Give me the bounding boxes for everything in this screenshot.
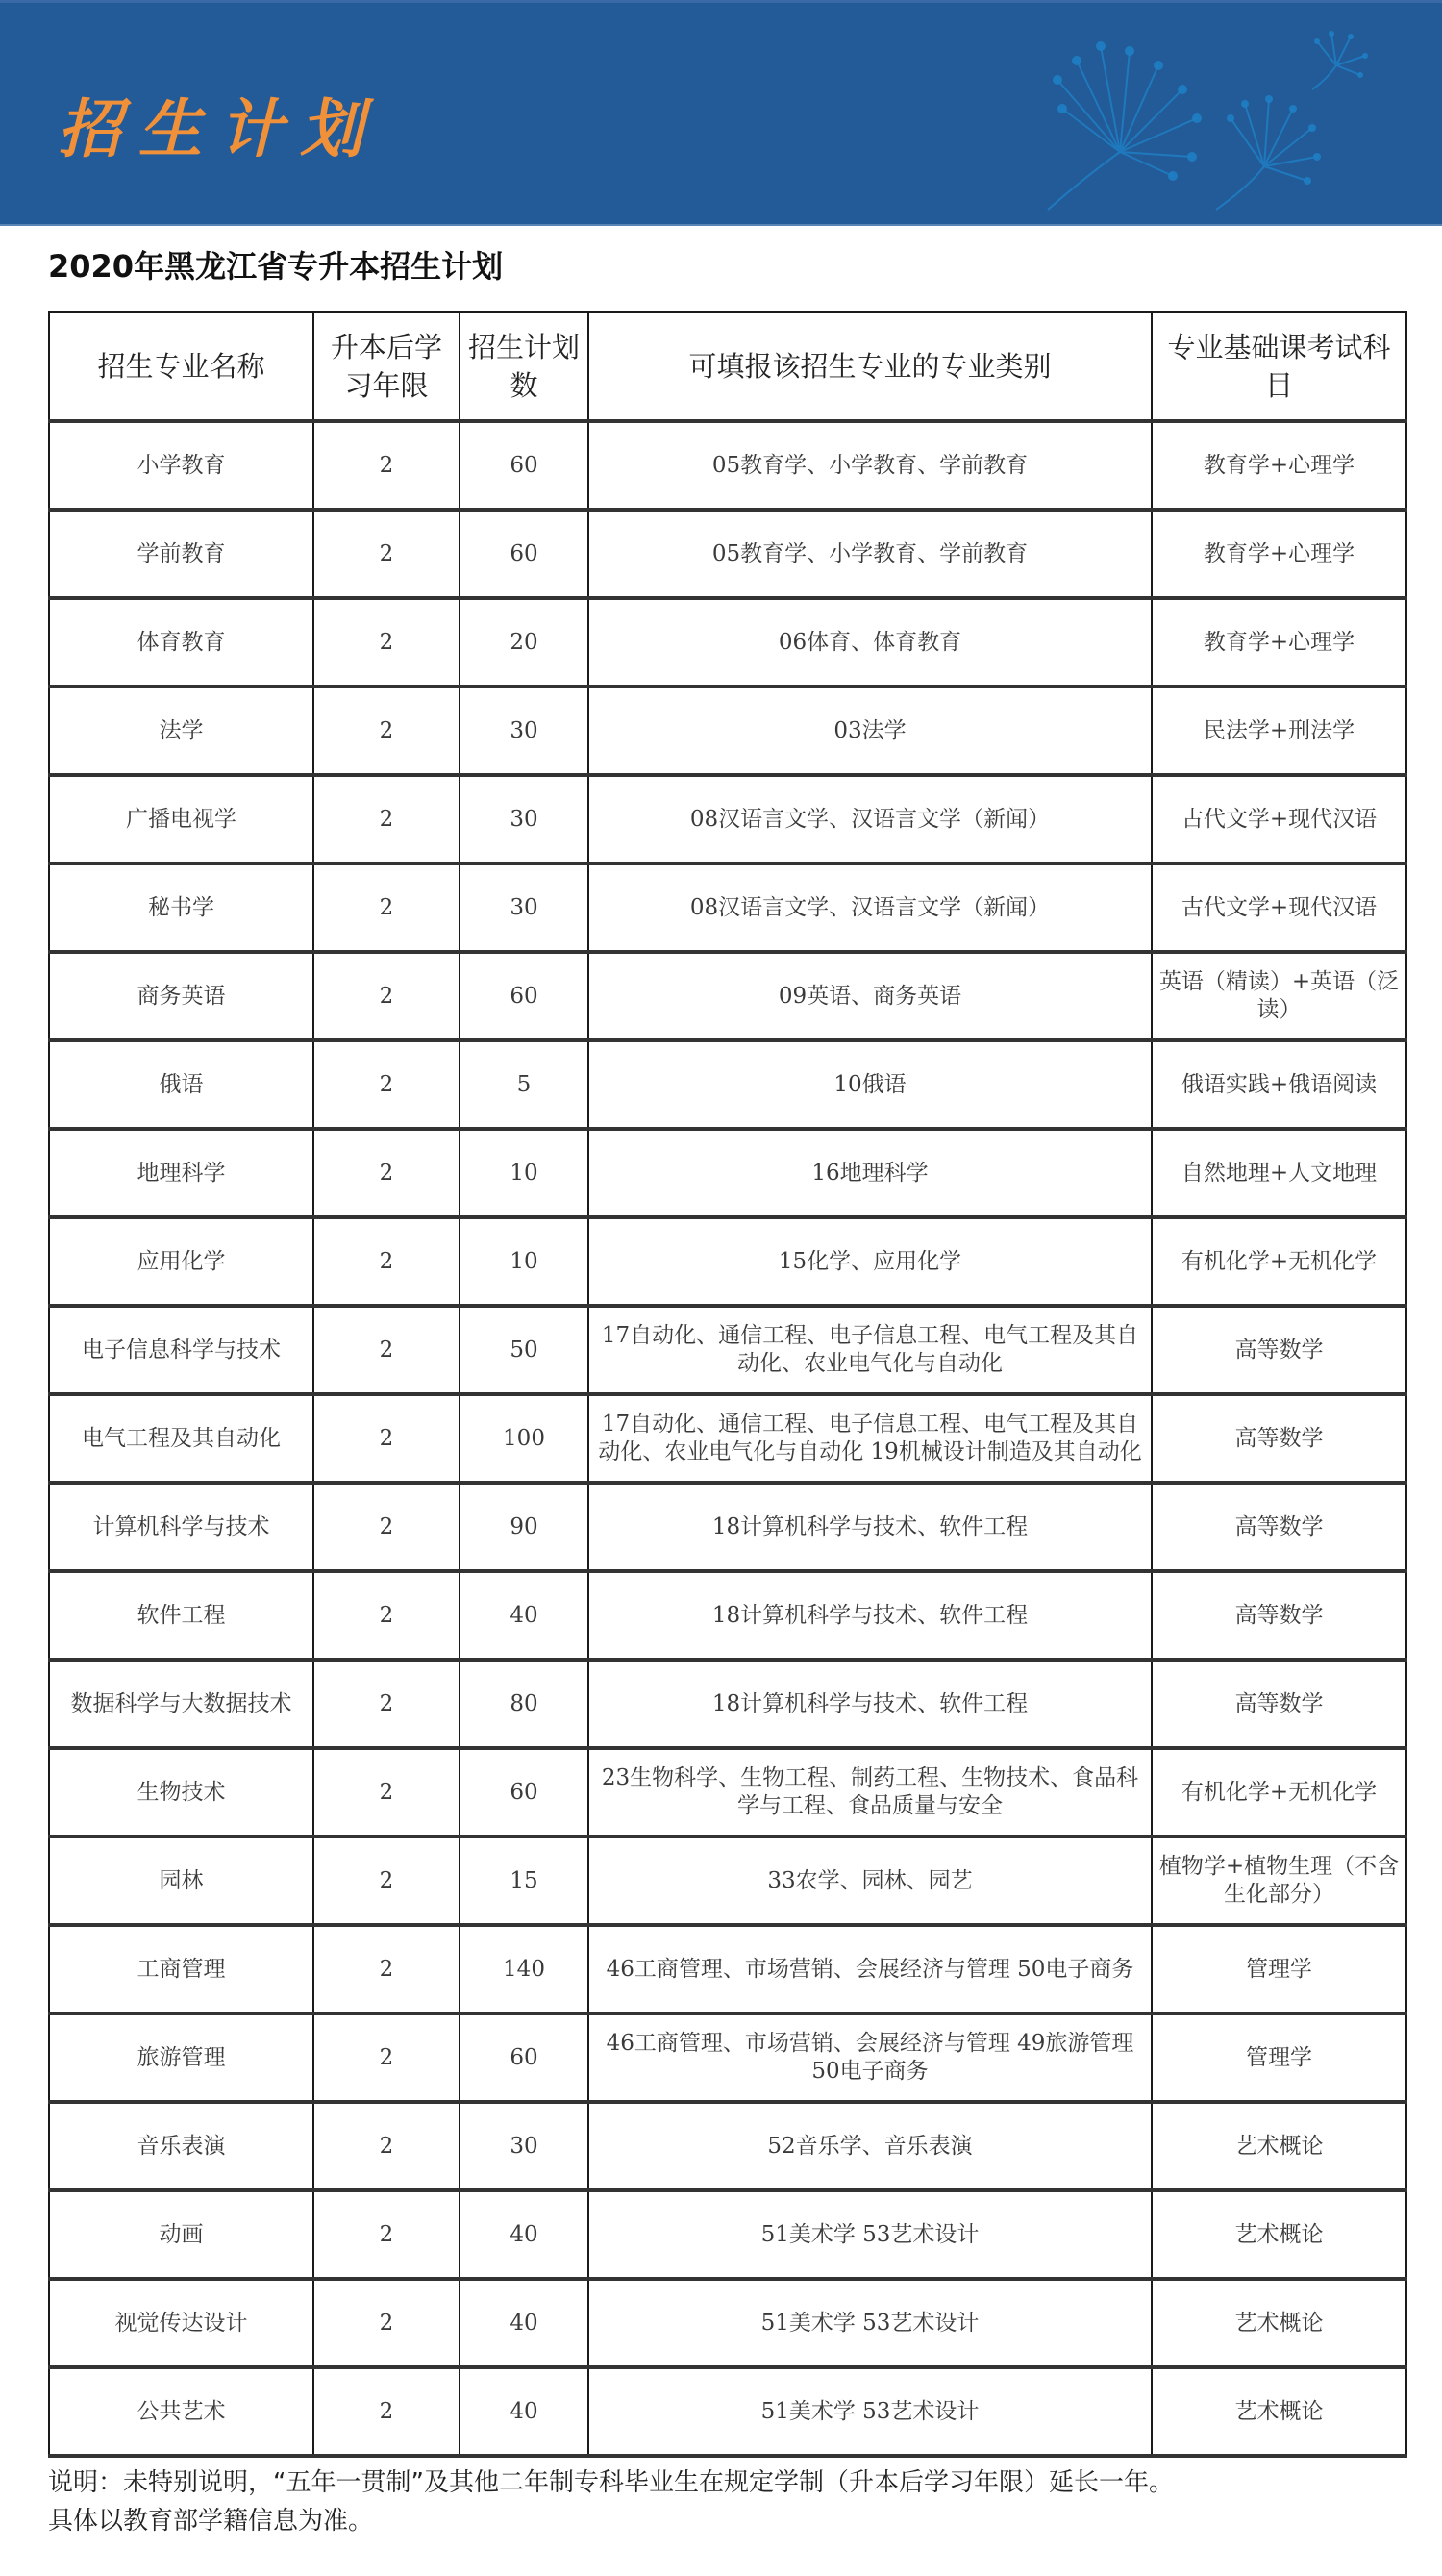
table-row: 体育教育22006体育、体育教育教育学+心理学: [49, 598, 1406, 687]
cell-years: 2: [313, 1306, 460, 1394]
cell-years: 2: [313, 952, 460, 1040]
cell-exam: 自然地理+人文地理: [1152, 1129, 1406, 1217]
cell-quota: 60: [460, 421, 588, 510]
cell-years: 2: [313, 2102, 460, 2190]
cell-eligible: 06体育、体育教育: [588, 598, 1152, 687]
cell-eligible: 18计算机科学与技术、软件工程: [588, 1660, 1152, 1748]
table-row: 视觉传达设计24051美术学 53艺术设计艺术概论: [49, 2279, 1406, 2367]
cell-eligible: 08汉语言文学、汉语言文学（新闻）: [588, 775, 1152, 863]
cell-quota: 5: [460, 1040, 588, 1129]
cell-exam: 管理学: [1152, 1925, 1406, 2013]
cell-eligible: 51美术学 53艺术设计: [588, 2279, 1152, 2367]
cell-exam: 高等数学: [1152, 1483, 1406, 1571]
cell-eligible: 08汉语言文学、汉语言文学（新闻）: [588, 863, 1152, 952]
cell-eligible: 52音乐学、音乐表演: [588, 2102, 1152, 2190]
cell-exam: 英语（精读）+英语（泛读）: [1152, 952, 1406, 1040]
cell-years: 2: [313, 1040, 460, 1129]
table-row: 动画24051美术学 53艺术设计艺术概论: [49, 2190, 1406, 2279]
table-row: 商务英语26009英语、商务英语英语（精读）+英语（泛读）: [49, 952, 1406, 1040]
cell-exam: 艺术概论: [1152, 2190, 1406, 2279]
cell-eligible: 46工商管理、市场营销、会展经济与管理 50电子商务: [588, 1925, 1152, 2013]
cell-quota: 40: [460, 2367, 588, 2456]
cell-quota: 60: [460, 952, 588, 1040]
cell-eligible: 23生物科学、生物工程、制药工程、生物技术、食品科学与工程、食品质量与安全: [588, 1748, 1152, 1837]
table-row: 俄语2510俄语俄语实践+俄语阅读: [49, 1040, 1406, 1129]
document-title: 2020年黑龙江省专升本招生计划: [48, 242, 503, 287]
table-row: 广播电视学23008汉语言文学、汉语言文学（新闻）古代文学+现代汉语: [49, 775, 1406, 863]
cell-eligible: 05教育学、小学教育、学前教育: [588, 421, 1152, 510]
cell-major: 软件工程: [49, 1571, 313, 1660]
cell-eligible: 18计算机科学与技术、软件工程: [588, 1571, 1152, 1660]
cell-exam: 管理学: [1152, 2013, 1406, 2102]
cell-major: 电子信息科学与技术: [49, 1306, 313, 1394]
table-row: 工商管理214046工商管理、市场营销、会展经济与管理 50电子商务管理学: [49, 1925, 1406, 2013]
cell-quota: 40: [460, 2190, 588, 2279]
cell-major: 俄语: [49, 1040, 313, 1129]
cell-quota: 40: [460, 2279, 588, 2367]
cell-quota: 30: [460, 2102, 588, 2190]
cell-exam: 古代文学+现代汉语: [1152, 775, 1406, 863]
table-body: 小学教育26005教育学、小学教育、学前教育教育学+心理学学前教育26005教育…: [49, 421, 1406, 2456]
cell-exam: 教育学+心理学: [1152, 510, 1406, 598]
table-row: 软件工程24018计算机科学与技术、软件工程高等数学: [49, 1571, 1406, 1660]
table-row: 计算机科学与技术29018计算机科学与技术、软件工程高等数学: [49, 1483, 1406, 1571]
cell-eligible: 03法学: [588, 687, 1152, 775]
header-eligible: 可填报该招生专业的专业类别: [588, 312, 1152, 421]
cell-eligible: 05教育学、小学教育、学前教育: [588, 510, 1152, 598]
cell-major: 应用化学: [49, 1217, 313, 1306]
cell-major: 动画: [49, 2190, 313, 2279]
cell-major: 法学: [49, 687, 313, 775]
cell-quota: 60: [460, 1748, 588, 1837]
cell-years: 2: [313, 2190, 460, 2279]
header-exam: 专业基础课考试科目: [1152, 312, 1406, 421]
cell-quota: 30: [460, 687, 588, 775]
cell-quota: 80: [460, 1660, 588, 1748]
cell-exam: 高等数学: [1152, 1306, 1406, 1394]
cell-quota: 60: [460, 510, 588, 598]
cell-eligible: 33农学、园林、园艺: [588, 1837, 1152, 1925]
cell-quota: 40: [460, 1571, 588, 1660]
cell-years: 2: [313, 1571, 460, 1660]
cell-eligible: 18计算机科学与技术、软件工程: [588, 1483, 1152, 1571]
cell-exam: 艺术概论: [1152, 2367, 1406, 2456]
footnote-line-1: 说明：未特别说明，“五年一贯制”及其他二年制专科毕业生在规定学制（升本后学习年限…: [48, 2463, 1174, 2502]
table-row: 生物技术26023生物科学、生物工程、制药工程、生物技术、食品科学与工程、食品质…: [49, 1748, 1406, 1837]
banner-title: 招生计划: [58, 78, 381, 169]
cell-years: 2: [313, 1217, 460, 1306]
cell-exam: 教育学+心理学: [1152, 421, 1406, 510]
cell-eligible: 17自动化、通信工程、电子信息工程、电气工程及其自动化、农业电气化与自动化: [588, 1306, 1152, 1394]
cell-major: 商务英语: [49, 952, 313, 1040]
cell-eligible: 09英语、商务英语: [588, 952, 1152, 1040]
cell-major: 体育教育: [49, 598, 313, 687]
cell-quota: 10: [460, 1129, 588, 1217]
cell-quota: 30: [460, 775, 588, 863]
cell-exam: 高等数学: [1152, 1660, 1406, 1748]
cell-years: 2: [313, 1837, 460, 1925]
cell-quota: 30: [460, 863, 588, 952]
cell-major: 旅游管理: [49, 2013, 313, 2102]
table-row: 音乐表演23052音乐学、音乐表演艺术概论: [49, 2102, 1406, 2190]
header-quota: 招生计划数: [460, 312, 588, 421]
cell-exam: 有机化学+无机化学: [1152, 1217, 1406, 1306]
cell-quota: 15: [460, 1837, 588, 1925]
cell-quota: 140: [460, 1925, 588, 2013]
cell-eligible: 51美术学 53艺术设计: [588, 2190, 1152, 2279]
table-row: 旅游管理26046工商管理、市场营销、会展经济与管理 49旅游管理 50电子商务…: [49, 2013, 1406, 2102]
cell-quota: 10: [460, 1217, 588, 1306]
cell-eligible: 17自动化、通信工程、电子信息工程、电气工程及其自动化、农业电气化与自动化 19…: [588, 1394, 1152, 1483]
cell-major: 视觉传达设计: [49, 2279, 313, 2367]
cell-major: 地理科学: [49, 1129, 313, 1217]
table-row: 学前教育26005教育学、小学教育、学前教育教育学+心理学: [49, 510, 1406, 598]
cell-major: 生物技术: [49, 1748, 313, 1837]
cell-exam: 高等数学: [1152, 1394, 1406, 1483]
cell-eligible: 10俄语: [588, 1040, 1152, 1129]
enrollment-plan-table: 招生专业名称 升本后学习年限 招生计划数 可填报该招生专业的专业类别 专业基础课…: [48, 311, 1407, 2458]
cell-years: 2: [313, 510, 460, 598]
cell-major: 广播电视学: [49, 775, 313, 863]
cell-quota: 60: [460, 2013, 588, 2102]
cell-years: 2: [313, 1660, 460, 1748]
cell-major: 音乐表演: [49, 2102, 313, 2190]
cell-quota: 20: [460, 598, 588, 687]
table-header-row: 招生专业名称 升本后学习年限 招生计划数 可填报该招生专业的专业类别 专业基础课…: [49, 312, 1406, 421]
cell-quota: 50: [460, 1306, 588, 1394]
cell-years: 2: [313, 775, 460, 863]
cell-years: 2: [313, 2279, 460, 2367]
cell-years: 2: [313, 598, 460, 687]
table-row: 电子信息科学与技术25017自动化、通信工程、电子信息工程、电气工程及其自动化、…: [49, 1306, 1406, 1394]
cell-major: 数据科学与大数据技术: [49, 1660, 313, 1748]
header-banner: 招生计划: [0, 0, 1442, 226]
cell-major: 电气工程及其自动化: [49, 1394, 313, 1483]
cell-major: 工商管理: [49, 1925, 313, 2013]
cell-years: 2: [313, 2013, 460, 2102]
cell-major: 学前教育: [49, 510, 313, 598]
table-row: 应用化学21015化学、应用化学有机化学+无机化学: [49, 1217, 1406, 1306]
footnote: 说明：未特别说明，“五年一贯制”及其他二年制专科毕业生在规定学制（升本后学习年限…: [48, 2463, 1174, 2540]
header-years: 升本后学习年限: [313, 312, 460, 421]
cell-exam: 高等数学: [1152, 1571, 1406, 1660]
cell-exam: 俄语实践+俄语阅读: [1152, 1040, 1406, 1129]
table-row: 小学教育26005教育学、小学教育、学前教育教育学+心理学: [49, 421, 1406, 510]
cell-years: 2: [313, 863, 460, 952]
cell-major: 计算机科学与技术: [49, 1483, 313, 1571]
table-row: 园林21533农学、园林、园艺植物学+植物生理（不含生化部分）: [49, 1837, 1406, 1925]
table-row: 法学23003法学民法学+刑法学: [49, 687, 1406, 775]
footnote-line-2: 具体以教育部学籍信息为准。: [48, 2502, 1174, 2540]
cell-years: 2: [313, 1394, 460, 1483]
cell-exam: 古代文学+现代汉语: [1152, 863, 1406, 952]
cell-years: 2: [313, 1748, 460, 1837]
table-row: 电气工程及其自动化210017自动化、通信工程、电子信息工程、电气工程及其自动化…: [49, 1394, 1406, 1483]
table-row: 公共艺术24051美术学 53艺术设计艺术概论: [49, 2367, 1406, 2456]
cell-major: 园林: [49, 1837, 313, 1925]
cell-eligible: 16地理科学: [588, 1129, 1152, 1217]
cell-eligible: 51美术学 53艺术设计: [588, 2367, 1152, 2456]
table-row: 地理科学21016地理科学自然地理+人文地理: [49, 1129, 1406, 1217]
table-row: 秘书学23008汉语言文学、汉语言文学（新闻）古代文学+现代汉语: [49, 863, 1406, 952]
cell-years: 2: [313, 2367, 460, 2456]
cell-exam: 民法学+刑法学: [1152, 687, 1406, 775]
cell-exam: 植物学+植物生理（不含生化部分）: [1152, 1837, 1406, 1925]
cell-exam: 教育学+心理学: [1152, 598, 1406, 687]
cell-major: 公共艺术: [49, 2367, 313, 2456]
cell-major: 秘书学: [49, 863, 313, 952]
cell-years: 2: [313, 687, 460, 775]
cell-years: 2: [313, 1925, 460, 2013]
cell-major: 小学教育: [49, 421, 313, 510]
table-row: 数据科学与大数据技术28018计算机科学与技术、软件工程高等数学: [49, 1660, 1406, 1748]
header-major: 招生专业名称: [49, 312, 313, 421]
cell-eligible: 15化学、应用化学: [588, 1217, 1152, 1306]
cell-years: 2: [313, 1483, 460, 1571]
cell-exam: 有机化学+无机化学: [1152, 1748, 1406, 1837]
cell-quota: 90: [460, 1483, 588, 1571]
cell-exam: 艺术概论: [1152, 2279, 1406, 2367]
cell-years: 2: [313, 1129, 460, 1217]
cell-eligible: 46工商管理、市场营销、会展经济与管理 49旅游管理 50电子商务: [588, 2013, 1152, 2102]
cell-exam: 艺术概论: [1152, 2102, 1406, 2190]
cell-quota: 100: [460, 1394, 588, 1483]
dandelion-decoration-icon: [1000, 13, 1413, 219]
cell-years: 2: [313, 421, 460, 510]
